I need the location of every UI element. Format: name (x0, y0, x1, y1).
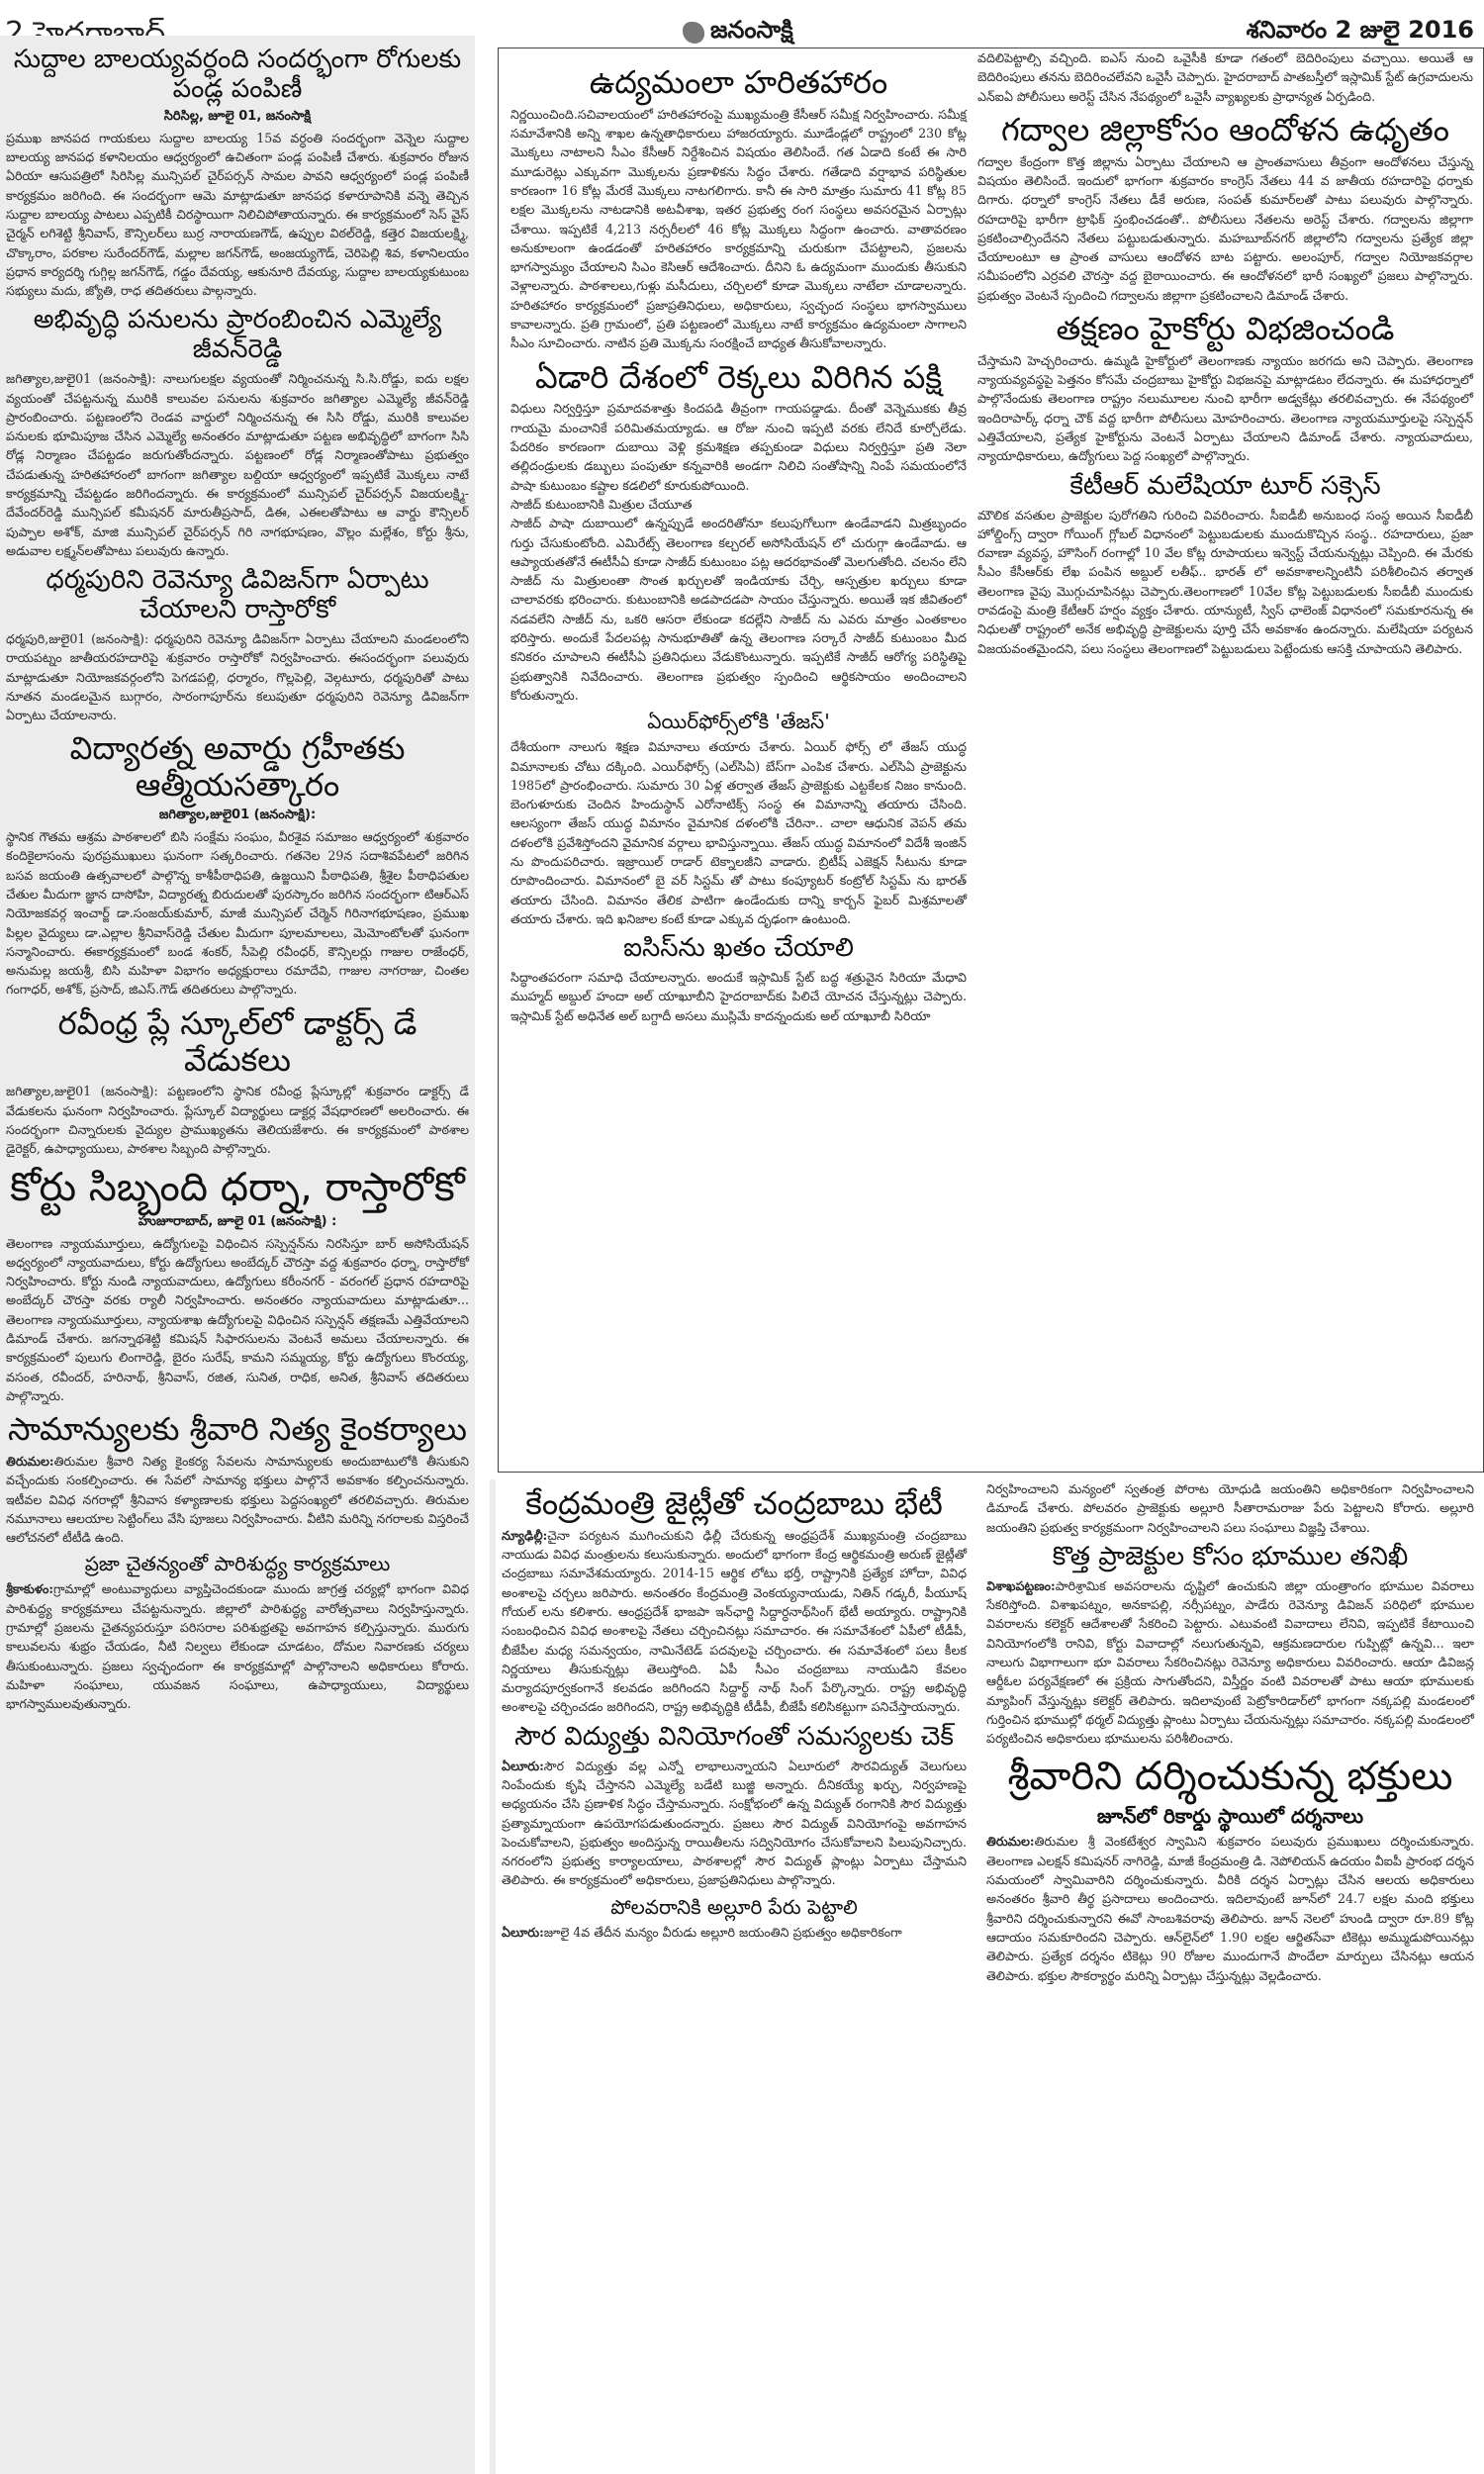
article-body-text: గ్రామాల్లో అంటువ్యాధులు వ్యాప్తిచెందకుండ… (6, 1581, 469, 1711)
article: తక్షణం హైకోర్టు విభజించండి చేస్తామని హెచ… (977, 311, 1473, 466)
article: ప్రజా చైతన్యంతో పారిశుద్ధ్య కార్యక్రమాలు… (6, 1553, 469, 1713)
article-lead: విశాఖపట్టణం: (986, 1578, 1056, 1593)
article-body-text: జూలై 4వ తేదీన మన్యం వీరుడు అల్లూరి జయంతి… (544, 1925, 902, 1940)
center-lower-column: కేంద్రమంత్రి జైట్లీతో చంద్రబాబు భేటీ న్య… (490, 1479, 974, 2474)
issue-date: శనివారం 2 జులై 2016 (1247, 16, 1474, 49)
article-body-continued: సాజీద్ పాషా దుబాయిలో ఉన్నప్పుడే అందరితోన… (510, 514, 967, 705)
article: కొత్త ప్రాజెక్టుల కోసం భూముల తనిఖీ విశాఖ… (986, 1543, 1474, 1749)
article: శ్రీవారిని దర్శించుకున్న భక్తులు జూన్‌లో… (986, 1754, 1474, 1984)
article-headline: రవీంధ్ర ప్లే స్కూల్‌లో డాక్టర్స్ డే వేడు… (6, 1005, 469, 1079)
article: సామాన్యులకు శ్రీవారి నిత్య కైంకర్యాలు తి… (6, 1411, 469, 1547)
article: ధర్మపురిని రెవెన్యూ డివిజన్‌గా ఏర్పాటు చ… (6, 566, 469, 724)
article: నిర్వహించాలని మన్యంలో స్వతంత్ర పోరాట యోధ… (986, 1479, 1474, 1537)
article-headline: ప్రజా చైతన్యంతో పారిశుద్ధ్య కార్యక్రమాలు (6, 1553, 469, 1575)
article-body: సిద్ధాంతపరంగా సమాధి చేయాలన్నారు. అందుకే … (510, 968, 967, 1025)
article-headline: విద్యారత్న అవార్డు గ్రహీతకు ఆత్మీయసత్కార… (6, 730, 469, 804)
article-body: జగిత్యాల,జులై01 (జనంసాక్షి): పట్టణంలోని … (6, 1082, 469, 1158)
article-headline: గద్వాల జిల్లాకోసం ఆందోళన ఉధృతం (977, 112, 1473, 148)
article-body: ఏలూరు:జూలై 4వ తేదీన మన్యం వీరుడు అల్లూరి… (502, 1923, 967, 1942)
article-body: జగిత్యాల,జులై01 (జనంసాక్షి): నాలుగులక్షల… (6, 369, 469, 560)
article-headline: తక్షణం హైకోర్టు విభజించండి (977, 311, 1473, 347)
article: గద్వాల జిల్లాకోసం ఆందోళన ఉధృతం గద్వాల కే… (977, 112, 1473, 305)
article-body: మౌలిక వసతుల ప్రాజెక్టుల పురోగతిని గురించ… (977, 506, 1473, 658)
article-headline: ఐసిస్‌ను ఖతం చేయాలి (510, 934, 967, 964)
article-headline: శ్రీవారిని దర్శించుకున్న భక్తులు (986, 1754, 1474, 1799)
article-lead: న్యూఢిల్లీ: (502, 1528, 547, 1543)
article-body: విశాఖపట్టణం:పారిశ్రామిక అవసరాలను దృష్టిల… (986, 1576, 1474, 1749)
article-body: ఏలూరు:సౌర విద్యుత్తు వల్ల ఎన్నో లాభాలున్… (502, 1757, 967, 1890)
newspaper-logo: జనంసాక్షి (683, 16, 793, 49)
article-body: గద్వాల కేంద్రంగా కొత్త జిల్లాను ఏర్పాటు … (977, 152, 1473, 305)
article-headline: ఏడారి దేశంలో రెక్కలు విరిగిన పక్షి (510, 359, 967, 396)
article: కేటీఆర్ మలేషియా టూర్ సక్సెస్ మౌలిక వసతుల… (977, 472, 1473, 658)
article-body: తిరుమల:తిరుమల శ్రీవారి నిత్య కైంకర్య సేవ… (6, 1452, 469, 1547)
article-headline: కేంద్రమంత్రి జైట్లీతో చంద్రబాబు భేటీ (502, 1485, 967, 1522)
right-lower-column: నిర్వహించాలని మన్యంలో స్వతంత్ర పోరాట యోధ… (974, 1479, 1484, 2474)
article-headline: ఉద్యమంలా హరితహారం (510, 64, 967, 101)
article-headline: ధర్మపురిని రెవెన్యూ డివిజన్‌గా ఏర్పాటు చ… (6, 566, 469, 625)
article-headline: పోలవరానికి అల్లూరి పేరు పెట్టాలి (502, 1896, 967, 1919)
article-dateline: హుజూరాబాద్, జూలై 01 (జనంసాక్షి) : (6, 1214, 469, 1232)
article-body: దేశీయంగా నాలుగు శిక్షణ విమానాలు తయారు చే… (510, 737, 967, 928)
left-column: సుద్దాల బాలయ్యవర్ధంది సందర్భంగా రోగులకు … (0, 36, 475, 2474)
article-headline: సామాన్యులకు శ్రీవారి నిత్య కైంకర్యాలు (6, 1411, 469, 1448)
article-headline: అభివృద్ధి పనులను ప్రారంబించిన ఎమ్మెల్యే … (6, 306, 469, 365)
article: విద్యారత్న అవార్డు గ్రహీతకు ఆత్మీయసత్కార… (6, 730, 469, 999)
article-body: న్యూఢిల్లీ:చైనా పర్యటన ముగించుకుని ఢిల్ల… (502, 1526, 967, 1717)
article-body: ధర్మపురి,జులై01 (జనంసాక్షి): ధర్మపురిని … (6, 629, 469, 724)
article: సౌర విద్యుత్తు వినియోగంతో సమస్యలకు చెక్ … (502, 1723, 967, 1890)
article-body: విధులు నిర్వర్తిస్తూ ప్రమాదవశాత్తు కిందప… (510, 399, 967, 494)
article-body-text: సౌర విద్యుత్తు వల్ల ఎన్నో లాభాలున్నాయని … (502, 1759, 967, 1888)
article: రవీంధ్ర ప్లే స్కూల్‌లో డాక్టర్స్ డే వేడు… (6, 1005, 469, 1159)
article: వదిలిపెట్టాల్సి వచ్చింది. ఐఎస్ నుంచి ఒవై… (977, 48, 1473, 106)
article-body: వదిలిపెట్టాల్సి వచ్చింది. ఐఎస్ నుంచి ఒవై… (977, 48, 1473, 106)
center-boxed-column: ఉద్యమంలా హరితహారం నిర్ణయించింది.సచివాలయం… (498, 48, 974, 1473)
right-boxed-column: వదిలిపెట్టాల్సి వచ్చింది. ఐఎస్ నుంచి ఒవై… (970, 48, 1484, 1473)
article-headline: కోర్టు సిబ్బంది ధర్నా, రాస్తారోకో (6, 1165, 469, 1210)
article: ఐసిస్‌ను ఖతం చేయాలి సిద్ధాంతపరంగా సమాధి … (510, 934, 967, 1025)
article-body: తిరుమల:తిరుమల శ్రీ వెంకటేశ్వర స్వామిని శ… (986, 1832, 1474, 1984)
article-body-text: పారిశ్రామిక అవసరాలను దృష్టిలో ఉంచుకుని జ… (986, 1578, 1474, 1746)
article: కేంద్రమంత్రి జైట్లీతో చంద్రబాబు భేటీ న్య… (502, 1485, 967, 1717)
article-lead: ఏలూరు: (502, 1759, 544, 1773)
article-body-text: తిరుమల శ్రీ వెంకటేశ్వర స్వామిని శుక్రవార… (986, 1834, 1474, 1982)
article: అభివృద్ధి పనులను ప్రారంబించిన ఎమ్మెల్యే … (6, 306, 469, 560)
article-body-text: తిరుమల శ్రీవారి నిత్య కైంకర్య సేవలను సామ… (6, 1454, 469, 1545)
article-body: చేస్తామని హెచ్చరించారు. ఉమ్మడి హైకోర్టుల… (977, 351, 1473, 466)
article-body: నిర్ణయించింది.సచివాలయంలో హరితహారంపై ముఖ్… (510, 105, 967, 353)
article-subheadline: జూన్‌లో రికార్డు స్థాయిలో దర్శనాలు (986, 1805, 1474, 1828)
article-headline: ఏయిర్‌ఫోర్స్‌లోకి 'తేజస్' (510, 711, 967, 733)
article-headline: సుద్దాల బాలయ్యవర్ధంది సందర్భంగా రోగులకు … (6, 46, 469, 105)
article-lead: ఏలూరు: (502, 1925, 544, 1940)
article-lead: తిరుమల: (6, 1454, 54, 1469)
article-headline: కొత్త ప్రాజెక్టుల కోసం భూముల తనిఖీ (986, 1543, 1474, 1572)
article: ఉద్యమంలా హరితహారం నిర్ణయించింది.సచివాలయం… (510, 64, 967, 353)
article: పోలవరానికి అల్లూరి పేరు పెట్టాలి ఏలూరు:జ… (502, 1896, 967, 1942)
article: ఏడారి దేశంలో రెక్కలు విరిగిన పక్షి విధుల… (510, 359, 967, 706)
article: సుద్దాల బాలయ్యవర్ధంది సందర్భంగా రోగులకు … (6, 46, 469, 300)
article: ఏయిర్‌ఫోర్స్‌లోకి 'తేజస్' దేశీయంగా నాలుగ… (510, 711, 967, 928)
article-body: ప్రముఖ జానపద గాయకులు సుద్దాల బాలయ్య 15వ … (6, 129, 469, 301)
article-body: నిర్వహించాలని మన్యంలో స్వతంత్ర పోరాట యోధ… (986, 1479, 1474, 1537)
article-subhead: సాజీద్ కుటుంబానికి మిత్రుల చేయూత (510, 495, 967, 514)
article-lead: తిరుమల: (986, 1834, 1035, 1849)
logo-text: జనంసాక్షి (710, 16, 793, 49)
article-body-text: చైనా పర్యటన ముగించుకుని ఢిల్లీ చేరుకున్న… (502, 1528, 967, 1715)
article-headline: కేటీఆర్ మలేషియా టూర్ సక్సెస్ (977, 472, 1473, 502)
article-headline: సౌర విద్యుత్తు వినియోగంతో సమస్యలకు చెక్ (502, 1723, 967, 1753)
article-body: తెలంగాణ న్యాయమూర్తులు, ఉద్యోగులపై విధించ… (6, 1234, 469, 1406)
article-body: స్థానిక గౌతమ ఆశ్రమ పాఠశాలలో బిసి సంక్షేమ… (6, 827, 469, 999)
telangana-map-icon (683, 22, 704, 44)
article: కోర్టు సిబ్బంది ధర్నా, రాస్తారోకో హుజూరా… (6, 1165, 469, 1406)
article-body: శ్రీకాకుళం:గ్రామాల్లో అంటువ్యాధులు వ్యాప… (6, 1579, 469, 1713)
article-dateline: సిరిసిల్ల, జూలై 01, జనంసాక్షి (6, 109, 469, 127)
article-dateline: జగిత్యాల,జులై01 (జనంసాక్షి): (6, 808, 469, 825)
article-lead: శ్రీకాకుళం: (6, 1581, 53, 1596)
